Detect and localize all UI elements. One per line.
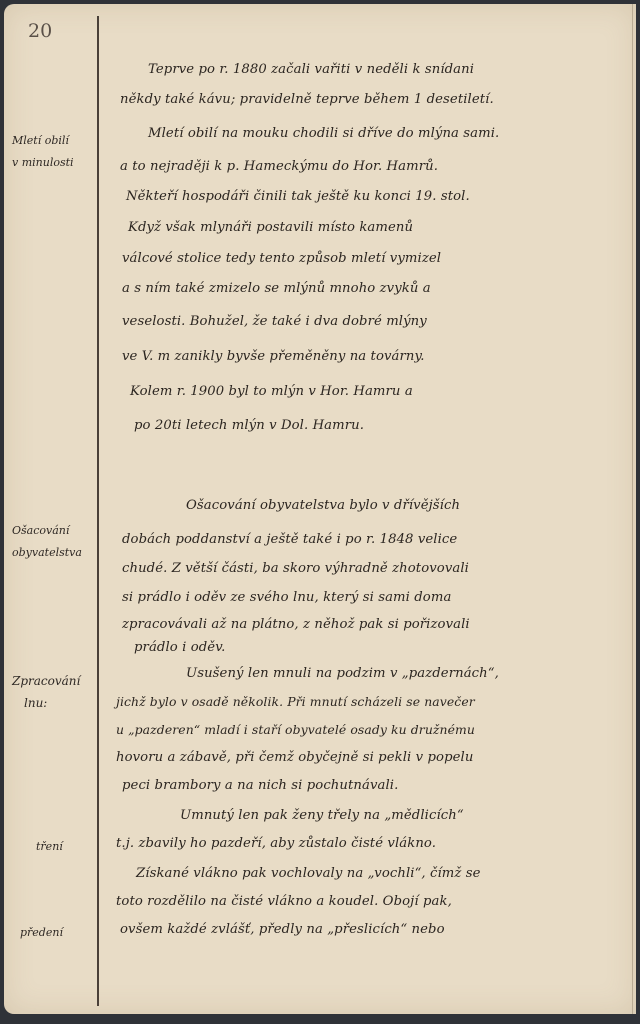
text-line: Mletí obilí na mouku chodili si dříve do… [148, 126, 499, 141]
text-line: chudé. Z větší části, ba skoro výhradně … [122, 561, 469, 576]
text-line: veselosti. Bohužel, že také i dva dobré … [122, 314, 427, 329]
text-line: u „pazderen“ mladí i staří obyvatelé osa… [116, 722, 475, 737]
text-line: ve V. m zanikly byvše přeměněny na továr… [122, 349, 425, 364]
text-line: Umnutý len pak ženy třely na „mědlicích“ [180, 808, 464, 823]
text-line: po 20ti letech mlýn v Dol. Hamru. [134, 418, 364, 433]
text-line: peci brambory a na nich si pochutnávali. [122, 778, 398, 793]
text-line: dobách poddanství a ještě také i po r. 1… [122, 532, 457, 547]
text-line: prádlo i oděv. [134, 640, 225, 655]
margin-note-spinning: předení [12, 922, 104, 944]
text-line: Někteří hospodáři činili tak ještě ku ko… [126, 189, 470, 204]
notebook-page: 20 Mletí obilí v minulosti Ošacování oby… [4, 4, 636, 1014]
page-number: 20 [28, 20, 52, 42]
margin-note-clothing: Ošacování obyvatelstva [12, 520, 96, 564]
text-line: ovšem každé zvlášť, předly na „přeslicíc… [120, 922, 445, 937]
text-line: někdy také kávu; pravidelně teprve během… [120, 92, 494, 107]
text-line: si prádlo i oděv ze svého lnu, který si … [122, 590, 451, 605]
text-line: jichž bylo v osadě několik. Při mnutí sc… [116, 694, 475, 709]
text-line: zpracovávali až na plátno, z něhož pak s… [122, 617, 470, 632]
text-line: Teprve po r. 1880 začali vařiti v neděli… [148, 62, 474, 77]
text-line: a s ním také zmizelo se mlýnů mnoho zvyk… [122, 281, 431, 296]
page-edge [632, 4, 633, 1014]
text-line: Kolem r. 1900 byl to mlýn v Hor. Hamru a [130, 384, 413, 399]
text-line: válcové stolice tedy tento způsob mletí … [122, 251, 441, 266]
margin-note-flax: Zpracování lnu: [12, 670, 96, 714]
text-line: t.j. zbavily ho pazdeří, aby zůstalo čis… [116, 836, 436, 851]
text-line: toto rozdělilo na čisté vlákno a koudel.… [116, 894, 452, 909]
text-line: Usušený len mnuli na podzim v „pazdernác… [186, 666, 499, 681]
text-line: hovoru a zábavě, při čemž obyčejně si pe… [116, 750, 473, 765]
text-line: Ošacování obyvatelstva bylo v dřívějších [186, 498, 460, 513]
margin-note-scutching: tření [12, 836, 120, 858]
text-line: Když však mlynáři postavili místo kamenů [128, 220, 413, 235]
margin-note-grinding: Mletí obilí v minulosti [12, 130, 96, 174]
text-line: a to nejraději k p. Hameckýmu do Hor. Ha… [120, 159, 438, 174]
text-line: Získané vlákno pak vochlovaly na „vochli… [136, 866, 481, 881]
